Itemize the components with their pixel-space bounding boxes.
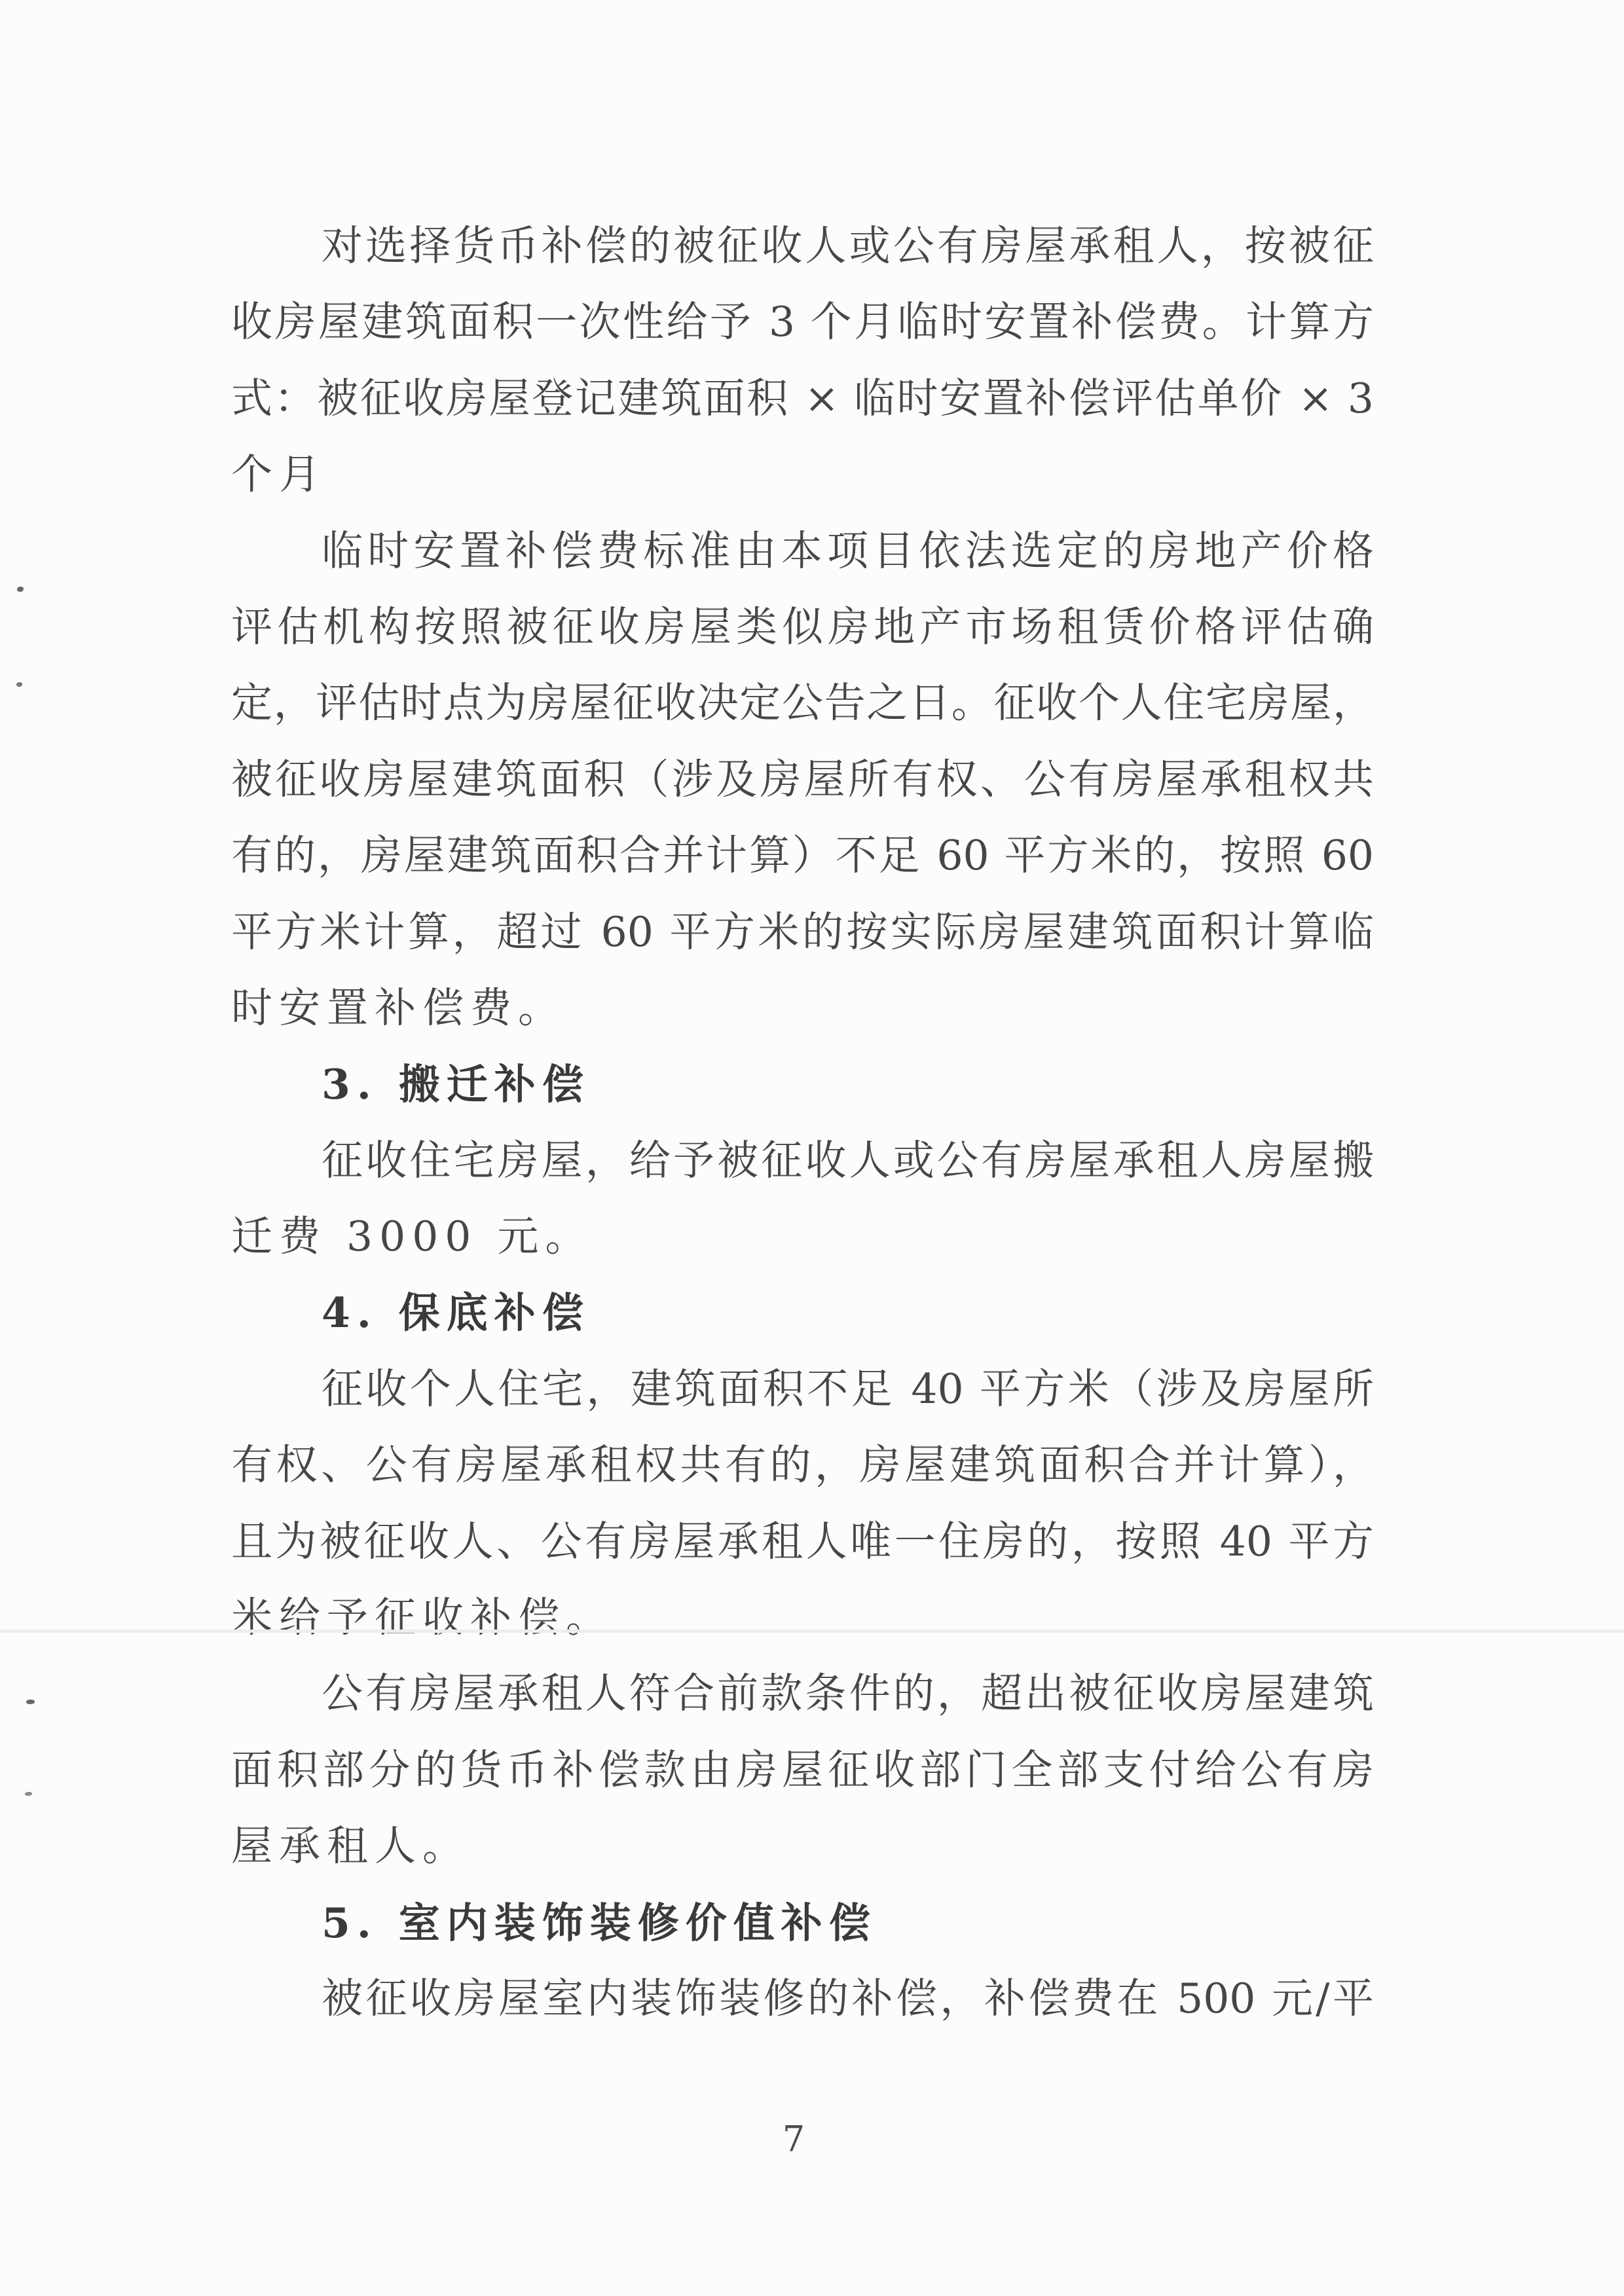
text-line: 个月 bbox=[231, 437, 1374, 513]
text-line: 评估机构按照被征收房屋类似房地产市场租赁价格评估确 bbox=[231, 589, 1374, 665]
page-number: 7 bbox=[0, 2120, 1606, 2159]
text-line: 有的，房屋建筑面积合并计算）不足 60 平方米的，按照 60 bbox=[231, 818, 1374, 894]
text-line: 米给予征收补偿。 bbox=[231, 1580, 1374, 1656]
document-text-block: 对选择货币补偿的被征收人或公有房屋承租人，按被征收房屋建筑面积一次性给予 3 个… bbox=[231, 208, 1374, 2037]
scan-streak bbox=[0, 1630, 1624, 1633]
text-line: 临时安置补偿费标准由本项目依法选定的房地产价格 bbox=[231, 513, 1374, 589]
text-line: 屋承租人。 bbox=[231, 1808, 1374, 1884]
text-line: 且为被征收人、公有房屋承租人唯一住房的，按照 40 平方 bbox=[231, 1504, 1374, 1580]
text-line: 定，评估时点为房屋征收决定公告之日。征收个人住宅房屋， bbox=[231, 665, 1374, 741]
text-line: 迁费 3000 元。 bbox=[231, 1199, 1374, 1275]
scan-speck bbox=[16, 682, 22, 687]
scan-speck bbox=[17, 587, 24, 592]
text-line: 征收个人住宅，建筑面积不足 40 平方米（涉及房屋所 bbox=[231, 1351, 1374, 1427]
text-line: 被征收房屋室内装饰装修的补偿，补偿费在 500 元/平 bbox=[231, 1961, 1374, 2037]
text-line: 收房屋建筑面积一次性给予 3 个月临时安置补偿费。计算方 bbox=[231, 284, 1374, 360]
text-line: 式：被征收房屋登记建筑面积 × 临时安置补偿评估单价 × 3 bbox=[231, 361, 1374, 437]
text-line: 时安置补偿费。 bbox=[231, 970, 1374, 1046]
text-line: 征收住宅房屋，给予被征收人或公有房屋承租人房屋搬 bbox=[231, 1123, 1374, 1199]
text-line: 对选择货币补偿的被征收人或公有房屋承租人，按被征 bbox=[231, 208, 1374, 284]
scan-speck bbox=[26, 1700, 35, 1704]
text-line: 公有房屋承租人符合前款条件的，超出被征收房屋建筑 bbox=[231, 1656, 1374, 1732]
text-line: 平方米计算，超过 60 平方米的按实际房屋建筑面积计算临 bbox=[231, 894, 1374, 970]
section-heading-line: 4. 保底补偿 bbox=[231, 1275, 1374, 1351]
text-line: 被征收房屋建筑面积（涉及房屋所有权、公有房屋承租权共 bbox=[231, 742, 1374, 818]
text-line: 面积部分的货币补偿款由房屋征收部门全部支付给公有房 bbox=[231, 1732, 1374, 1808]
document-page: 对选择货币补偿的被征收人或公有房屋承租人，按被征收房屋建筑面积一次性给予 3 个… bbox=[0, 0, 1624, 2296]
section-heading-line: 5. 室内装饰装修价值补偿 bbox=[231, 1885, 1374, 1961]
section-heading-line: 3. 搬迁补偿 bbox=[231, 1046, 1374, 1122]
scan-speck bbox=[25, 1792, 32, 1796]
text-line: 有权、公有房屋承租权共有的，房屋建筑面积合并计算）， bbox=[231, 1427, 1374, 1503]
